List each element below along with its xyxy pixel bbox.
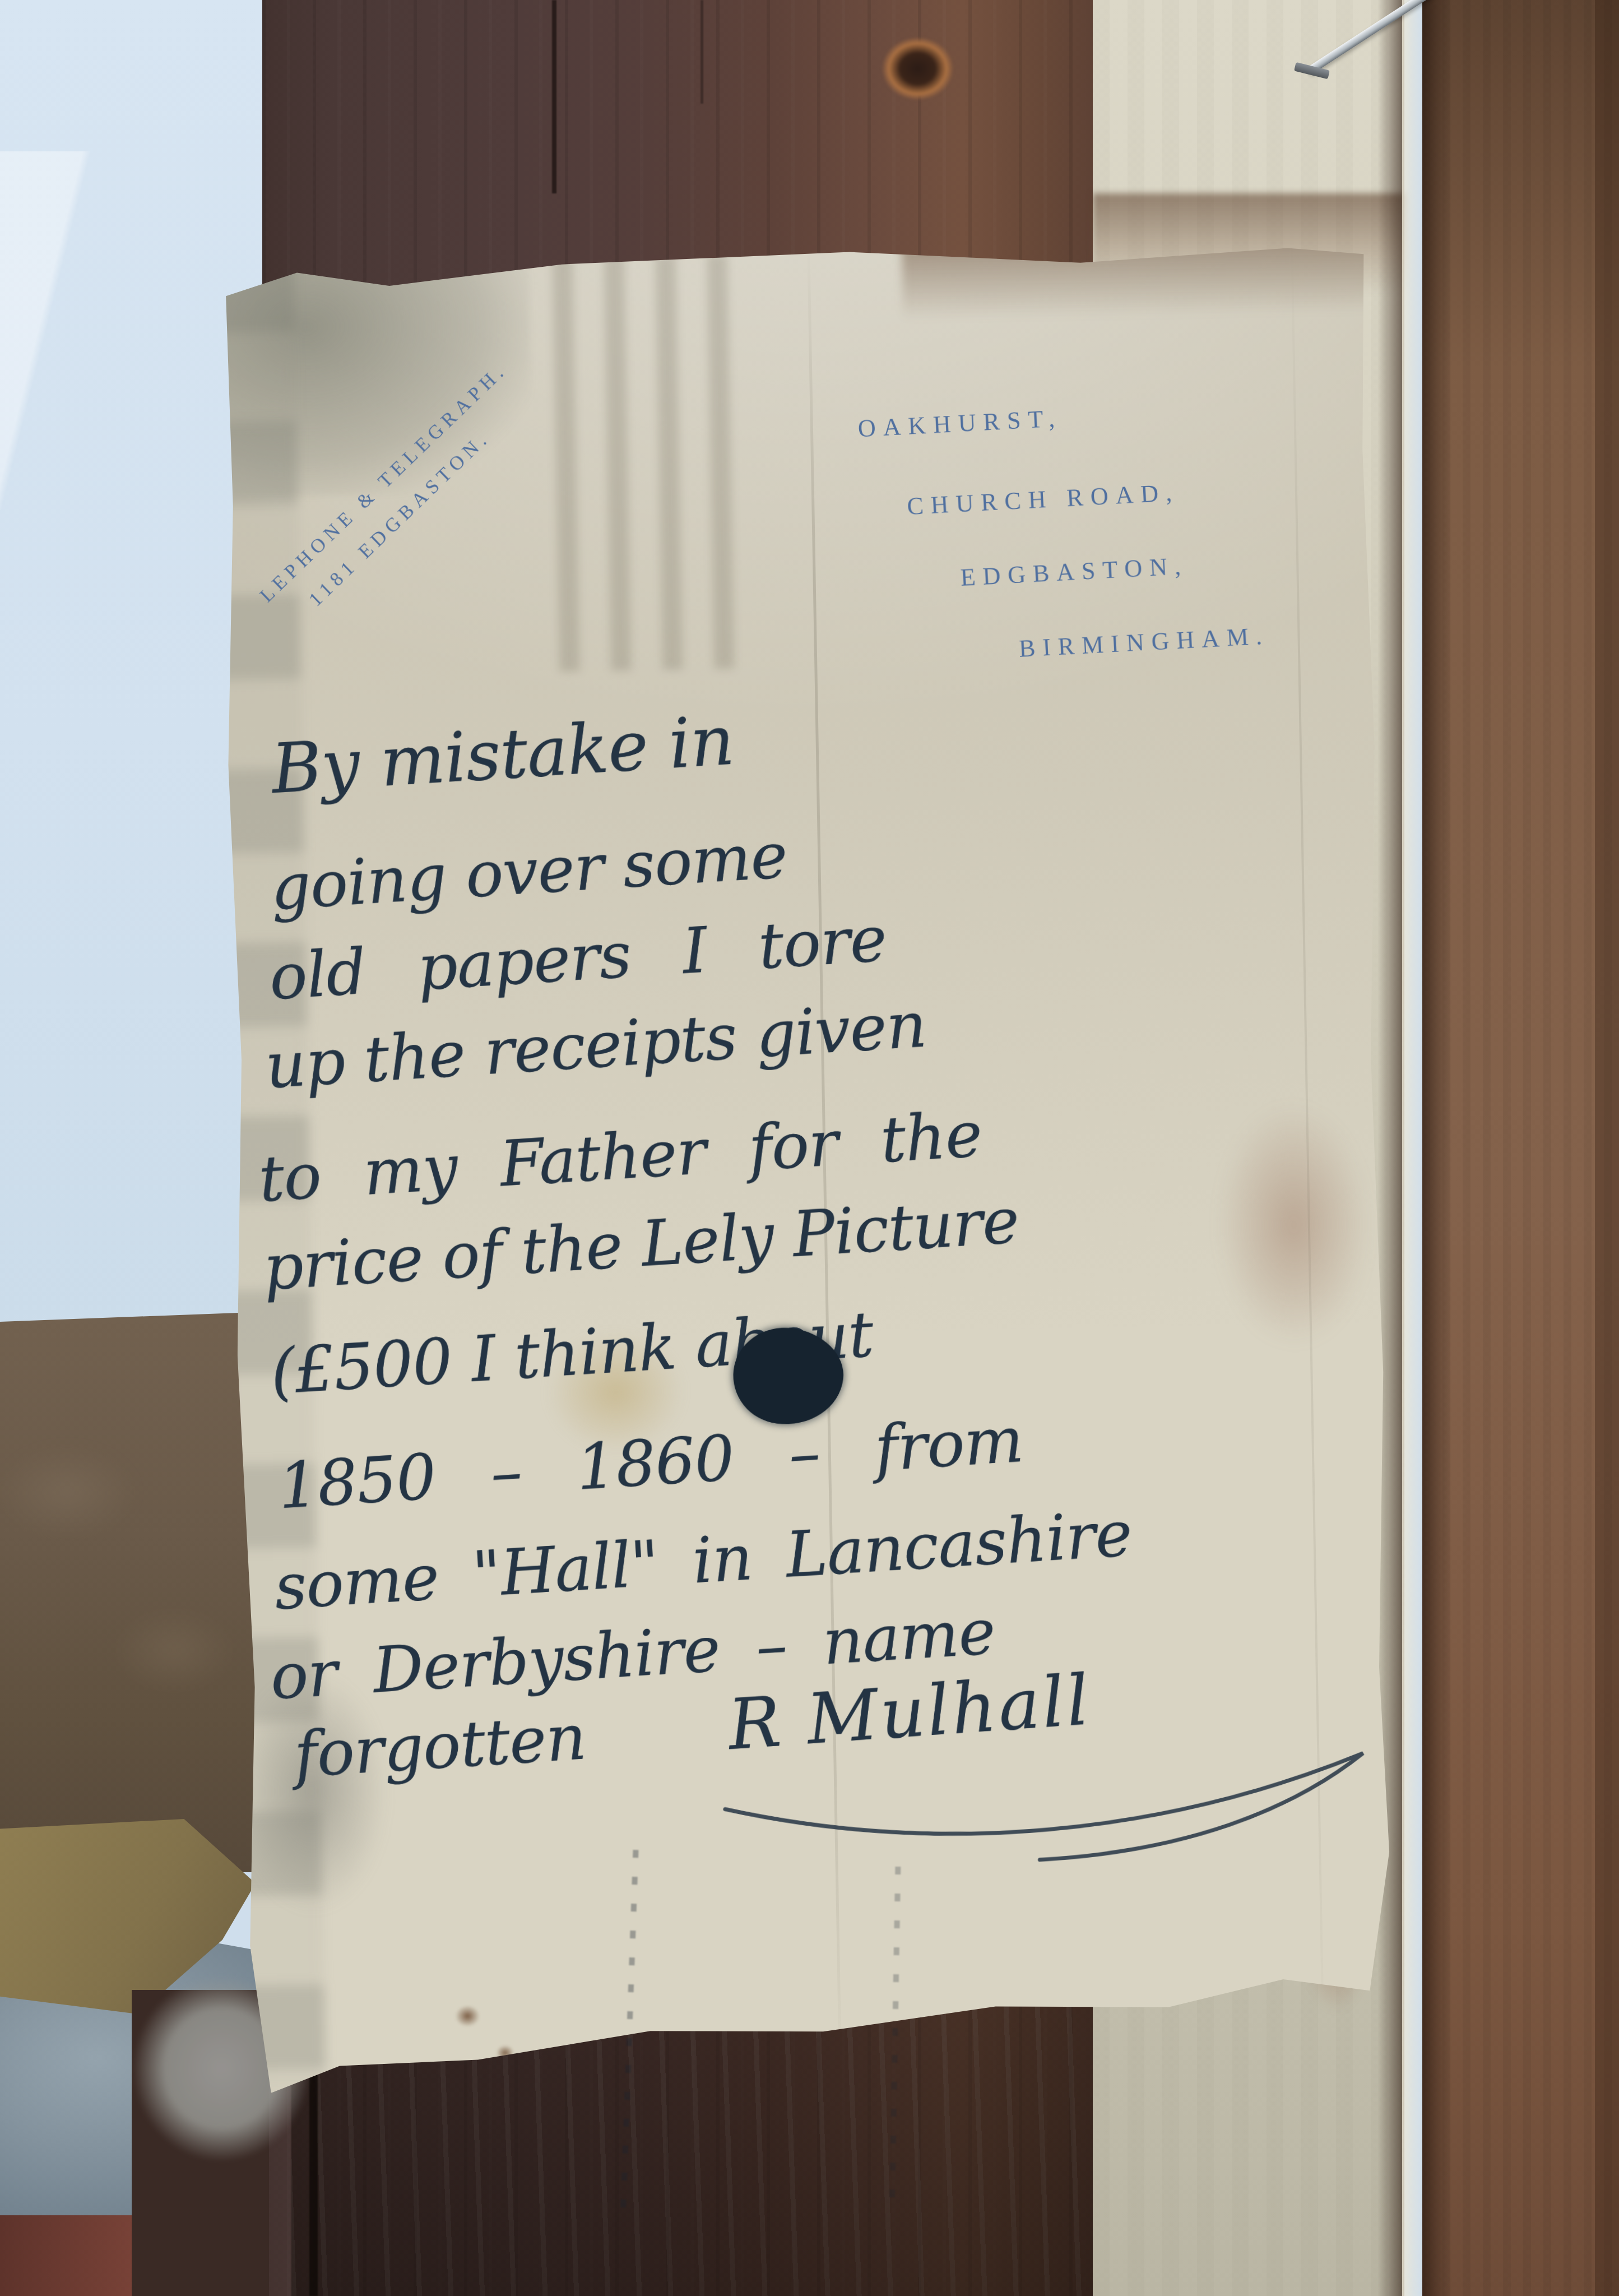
wood-crack — [552, 0, 556, 193]
nail — [1295, 0, 1474, 118]
address-line-birmingham: BIRMINGHAM. — [1018, 621, 1270, 663]
address-line-church-road: CHURCH ROAD, — [906, 478, 1180, 521]
address-line-oakhurst: OAKHURST, — [857, 404, 1063, 443]
photo-of-note-on-frame-back: LEPHONE & TELEGRAPH. 1181 EDGBASTON. OAK… — [0, 0, 1619, 2296]
address-line-edgbaston: EDGBASTON, — [959, 552, 1189, 592]
stain-spot — [455, 2005, 480, 2027]
wood-knot — [871, 28, 964, 109]
nail-shaft — [1305, 0, 1450, 76]
handwriting-line: By mistake in — [269, 701, 736, 809]
handwriting-line: some "Hall" in Lancashire — [272, 1497, 1134, 1624]
canvas-edge-highlight — [1402, 0, 1425, 2296]
wood-crack-small — [701, 0, 703, 104]
frame-inner-shadow — [1422, 0, 1451, 2296]
stain-right-middle — [1216, 1103, 1371, 1346]
sheet-edge-highlight — [0, 151, 101, 510]
canvas-crease-shadow — [1377, 0, 1404, 2296]
stain-drips — [553, 254, 750, 672]
frame-outer-edge — [1595, 0, 1619, 2296]
note-paper: LEPHONE & TELEGRAPH. 1181 EDGBASTON. OAK… — [216, 228, 1400, 2093]
frame-grain — [1422, 0, 1619, 2296]
backing-board-mottle — [0, 1334, 268, 1861]
handwriting-line: going over some — [268, 820, 789, 925]
signature-flourish — [701, 1663, 1399, 1911]
